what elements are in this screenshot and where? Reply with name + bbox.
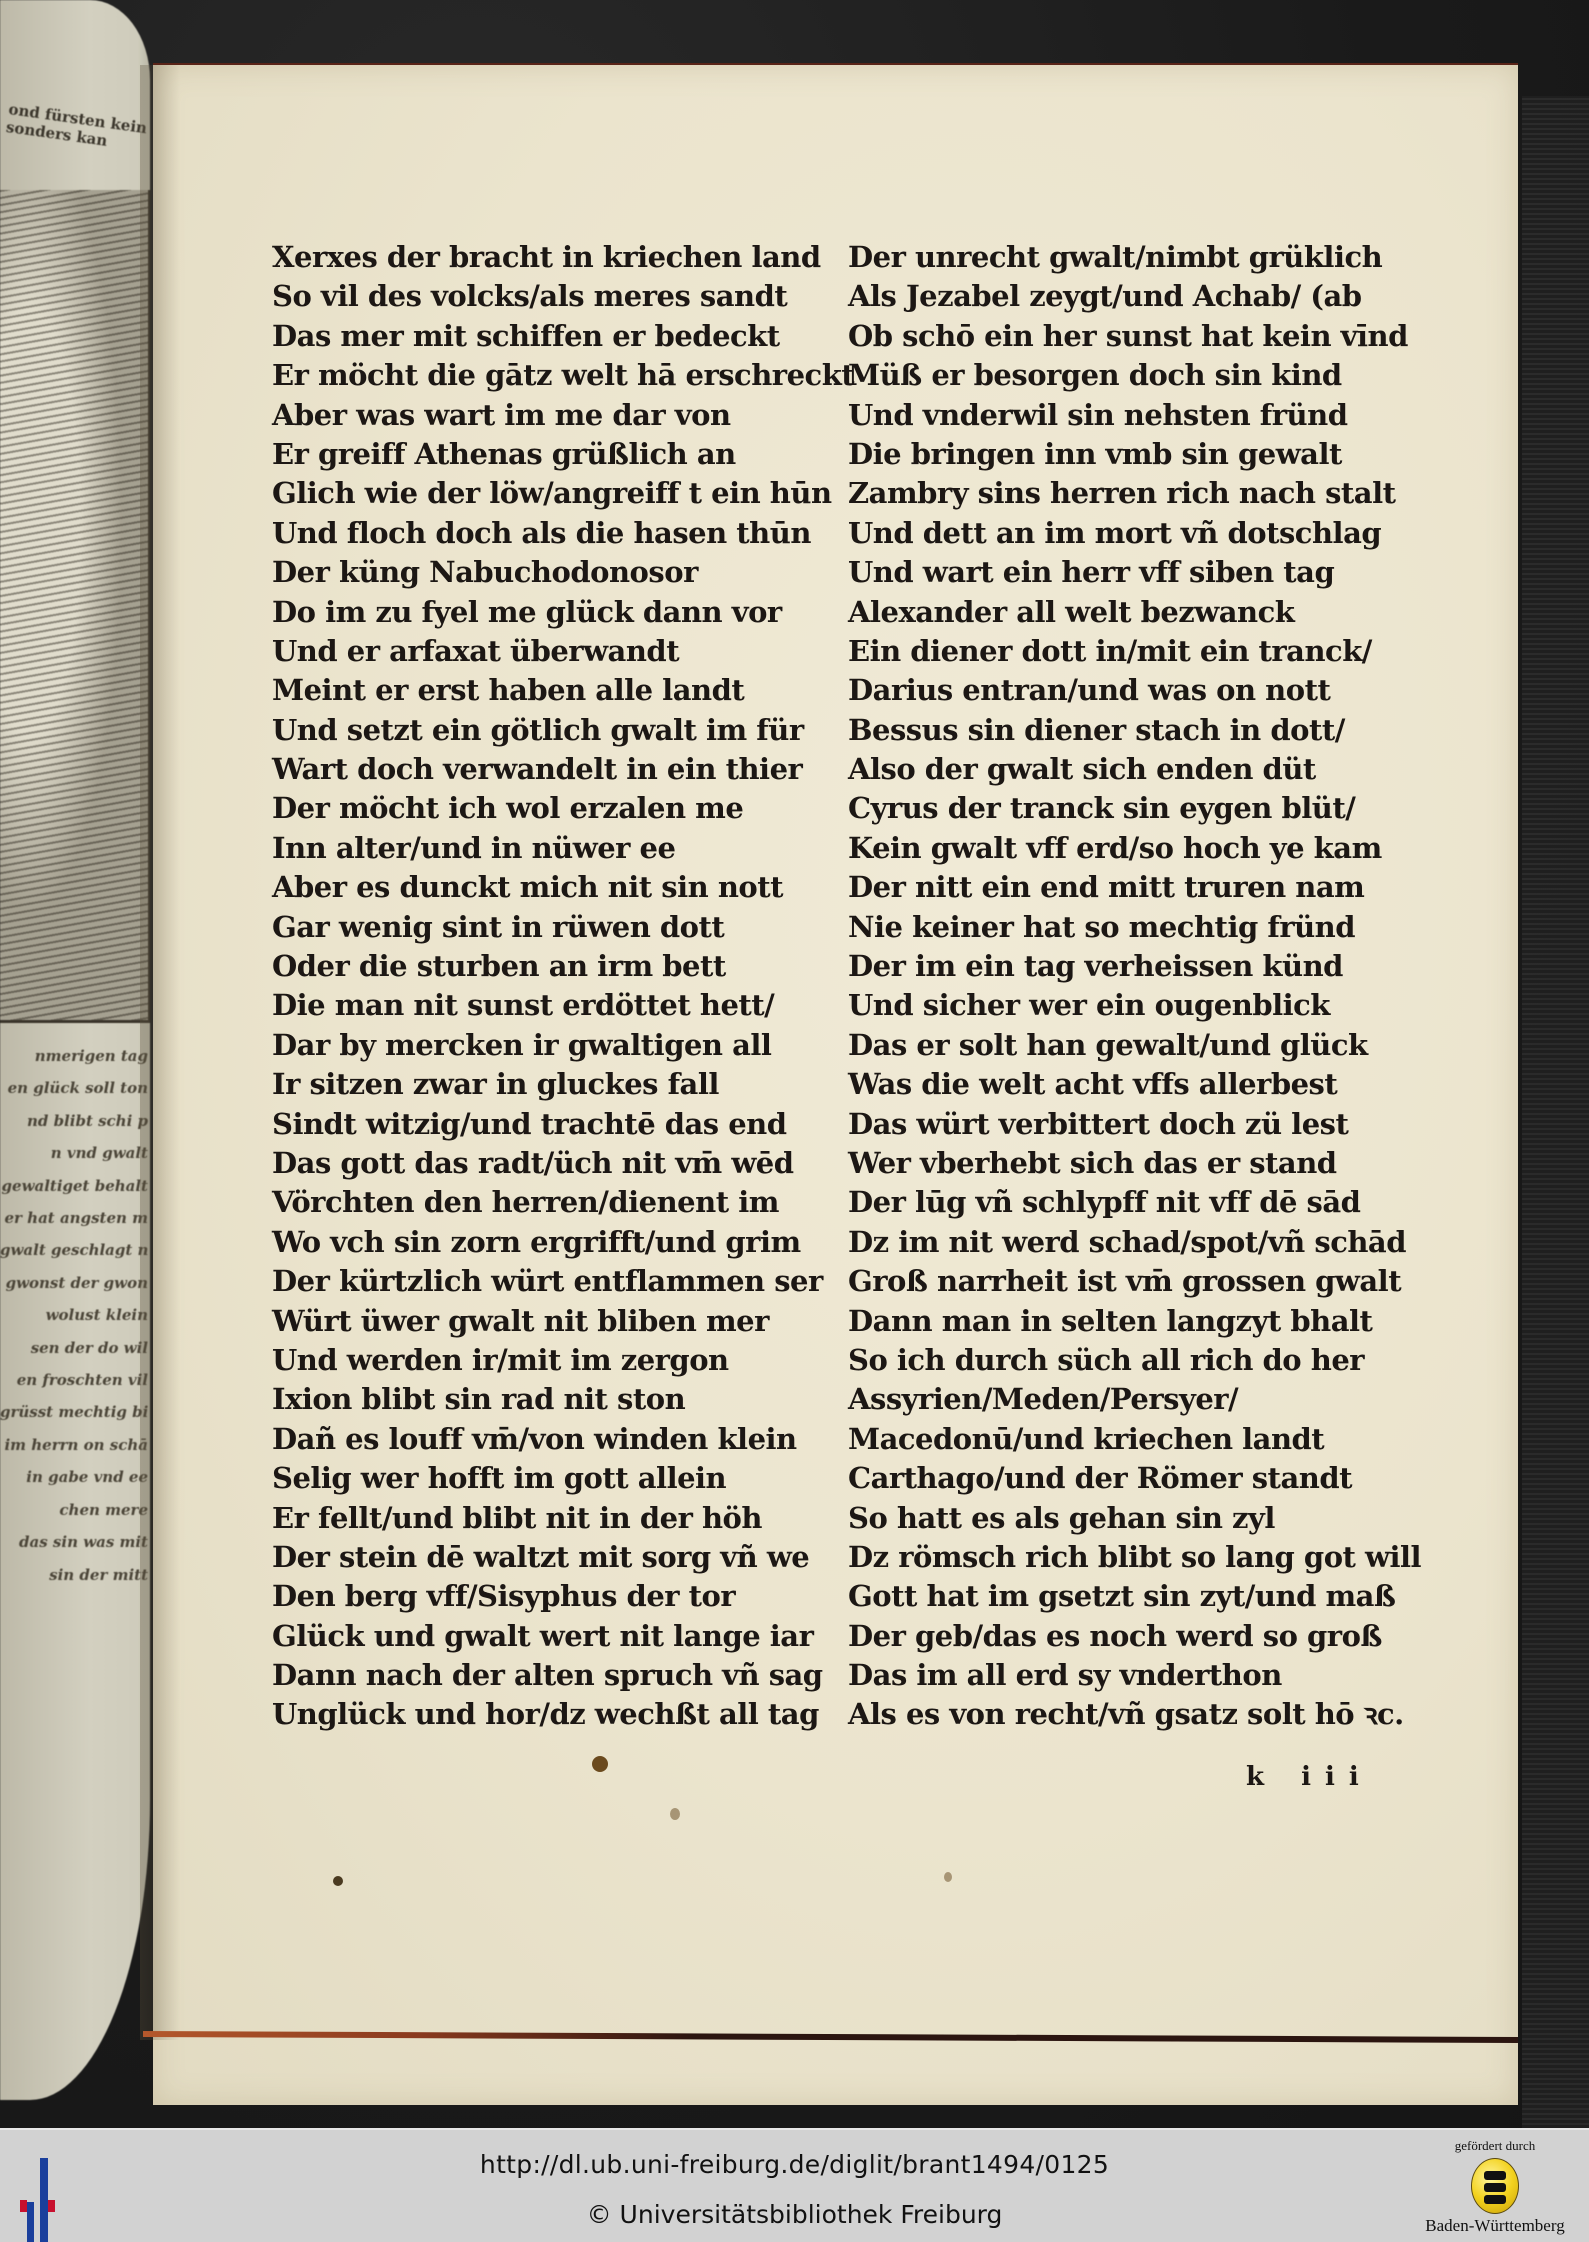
- verse-line: Der unrecht gwalt/nimbt grüklich: [848, 238, 1421, 277]
- coat-of-arms-icon: [1471, 2158, 1519, 2214]
- left-page-text: nmerigen tag en glück soll ton nd blibt …: [0, 1040, 148, 1591]
- verse-line: Unglück und hor/dz wechßt all tag: [272, 1695, 854, 1734]
- verse-line: Den berg vff/Sisyphus der tor: [272, 1577, 854, 1616]
- paper-stain: [592, 1756, 608, 1772]
- verse-line: Glich wie der löw/angreiff t ein hūn: [272, 474, 854, 513]
- sponsor-caption: gefördert durch: [1410, 2138, 1580, 2154]
- verse-line: So vil des volcks/als meres sandt: [272, 277, 854, 316]
- verse-line: Der im ein tag verheissen künd: [848, 947, 1421, 986]
- verse-line: Vörchten den herren/dienent im: [272, 1183, 854, 1222]
- verse-line: Das er solt han gewalt/und glück: [848, 1026, 1421, 1065]
- verse-line: Der geb/das es noch werd so groß: [848, 1617, 1421, 1656]
- verse-line: Als es von recht/vñ gsatz solt hō ꝛc.: [848, 1695, 1421, 1734]
- verse-line: Wart doch verwandelt in ein thier: [272, 750, 854, 789]
- verse-line: Dz im nit werd schad/spot/vñ schād: [848, 1223, 1421, 1262]
- verse-line: Ein diener dott in/mit ein tranck/: [848, 632, 1421, 671]
- verse-line: Nie keiner hat so mechtig fründ: [848, 908, 1421, 947]
- verse-line: Der nitt ein end mitt truren nam: [848, 868, 1421, 907]
- verse-line: Darius entran/und was on nott: [848, 671, 1421, 710]
- verse-line: Do im zu fyel me glück dann vor: [272, 593, 854, 632]
- verse-line: Der kürtzlich würt entflammen ser: [272, 1262, 854, 1301]
- text-column-left: Xerxes der bracht in kriechen land So vi…: [272, 238, 854, 1735]
- verse-line: Xerxes der bracht in kriechen land: [272, 238, 854, 277]
- verse-line: Er greiff Athenas grüßlich an: [272, 435, 854, 474]
- verse-line: Das würt verbittert doch zü lest: [848, 1105, 1421, 1144]
- paper-stain: [333, 1876, 343, 1886]
- verse-line: Und floch doch als die hasen thūn: [272, 514, 854, 553]
- verse-line: Ixion blibt sin rad nit ston: [272, 1380, 854, 1419]
- verse-line: Dañ es louff vm̄/von winden klein: [272, 1420, 854, 1459]
- verse-line: Inn alter/und in nüwer ee: [272, 829, 854, 868]
- permalink-url[interactable]: http://dl.ub.uni-freiburg.de/diglit/bran…: [0, 2150, 1589, 2179]
- verse-line: Und sicher wer ein ougenblick: [848, 986, 1421, 1025]
- verse-line: Als Jezabel zeygt/und Achab/ (ab: [848, 277, 1421, 316]
- verse-line: Müß er besorgen doch sin kind: [848, 356, 1421, 395]
- verse-line: Gott hat im gsetzt sin zyt/und maß: [848, 1577, 1421, 1616]
- verse-line: Dar by mercken ir gwaltigen all: [272, 1026, 854, 1065]
- verse-line: Alexander all welt bezwanck: [848, 593, 1421, 632]
- verse-line: Assyrien/Meden/Persyer/: [848, 1380, 1421, 1419]
- verse-line: Macedonū/und kriechen landt: [848, 1420, 1421, 1459]
- verse-line: Und werden ir/mit im zergon: [272, 1341, 854, 1380]
- verse-line: Sindt witzig/und trachtē das end: [272, 1105, 854, 1144]
- copyright-notice: © Universitätsbibliothek Freiburg: [0, 2200, 1589, 2229]
- left-page-fragment: ond fürsten kein sonders kan nmerigen ta…: [0, 0, 150, 2100]
- verse-line: Carthago/und der Römer standt: [848, 1459, 1421, 1498]
- verse-line: Würt üwer gwalt nit bliben mer: [272, 1302, 854, 1341]
- verse-line: Gar wenig sint in rüwen dott: [272, 908, 854, 947]
- verse-line: Aber es dunckt mich nit sin nott: [272, 868, 854, 907]
- verse-line: Wer vberhebt sich das er stand: [848, 1144, 1421, 1183]
- verse-line: Das mer mit schiffen er bedeckt: [272, 317, 854, 356]
- verse-line: Was die welt acht vffs allerbest: [848, 1065, 1421, 1104]
- verse-line: Bessus sin diener stach in dott/: [848, 711, 1421, 750]
- verse-line: Selig wer hofft im gott allein: [272, 1459, 854, 1498]
- verse-line: Die man nit sunst erdöttet hett/: [272, 986, 854, 1025]
- verse-line: Kein gwalt vff erd/so hoch ye kam: [848, 829, 1421, 868]
- sponsor-block: gefördert durch Baden-Württemberg: [1410, 2136, 1580, 2242]
- left-page-heading: ond fürsten kein sonders kan: [5, 100, 149, 155]
- verse-line: Das gott das radt/üch nit vm̄ wēd: [272, 1144, 854, 1183]
- verse-line: Dann man in selten langzyt bhalt: [848, 1302, 1421, 1341]
- verse-line: Der küng Nabuchodonosor: [272, 553, 854, 592]
- verse-line: Glück und gwalt wert nit lange iar: [272, 1617, 854, 1656]
- verse-line: Groß narrheit ist vm̄ grossen gwalt: [848, 1262, 1421, 1301]
- paper-stain: [670, 1808, 680, 1820]
- cloth-backing: [1522, 96, 1589, 2128]
- verse-line: Die bringen inn vmb sin gewalt: [848, 435, 1421, 474]
- verse-line: Und setzt ein götlich gwalt im für: [272, 711, 854, 750]
- verse-line: Der möcht ich wol erzalen me: [272, 789, 854, 828]
- footer-bar: http://dl.ub.uni-freiburg.de/diglit/bran…: [0, 2128, 1589, 2242]
- verse-line: Aber was wart im me dar von: [272, 396, 854, 435]
- verse-line: Wo vch sin zorn ergrifft/und grim: [272, 1223, 854, 1262]
- verse-line: Ob schō ein her sunst hat kein vīnd: [848, 317, 1421, 356]
- verse-line: Cyrus der tranck sin eygen blüt/: [848, 789, 1421, 828]
- signature-mark: k iii: [1246, 1762, 1373, 1792]
- verse-line: Er fellt/und blibt nit in der höh: [272, 1499, 854, 1538]
- woodcut-illustration: [0, 190, 150, 1023]
- verse-line: Dz römsch rich blibt so lang got will: [848, 1538, 1421, 1577]
- verse-line: Oder die sturben an irm bett: [272, 947, 854, 986]
- verse-line: Das im all erd sy vnderthon: [848, 1656, 1421, 1695]
- verse-line: Und vnderwil sin nehsten fründ: [848, 396, 1421, 435]
- verse-line: Dann nach der alten spruch vñ sag: [272, 1656, 854, 1695]
- gutter-shadow: [140, 65, 180, 2040]
- verse-line: Der lūg vñ schlypff nit vff dē sād: [848, 1183, 1421, 1222]
- verse-line: Und dett an im mort vñ dotschlag: [848, 514, 1421, 553]
- verse-line: Und wart ein herr vff siben tag: [848, 553, 1421, 592]
- verse-line: So hatt es als gehan sin zyl: [848, 1499, 1421, 1538]
- verse-line: Er möcht die gātz welt hā erschreckt: [272, 356, 854, 395]
- verse-line: Zambry sins herren rich nach stalt: [848, 474, 1421, 513]
- verse-line: So ich durch süch all rich do her: [848, 1341, 1421, 1380]
- verse-line: Der stein dē waltzt mit sorg vñ we: [272, 1538, 854, 1577]
- paper-stain: [944, 1872, 952, 1882]
- verse-line: Meint er erst haben alle landt: [272, 671, 854, 710]
- verse-line: Und er arfaxat überwandt: [272, 632, 854, 671]
- sponsor-name: Baden-Württemberg: [1410, 2216, 1580, 2236]
- verse-line: Ir sitzen zwar in gluckes fall: [272, 1065, 854, 1104]
- verse-line: Also der gwalt sich enden düt: [848, 750, 1421, 789]
- text-column-right: Der unrecht gwalt/nimbt grüklich Als Jez…: [848, 238, 1421, 1735]
